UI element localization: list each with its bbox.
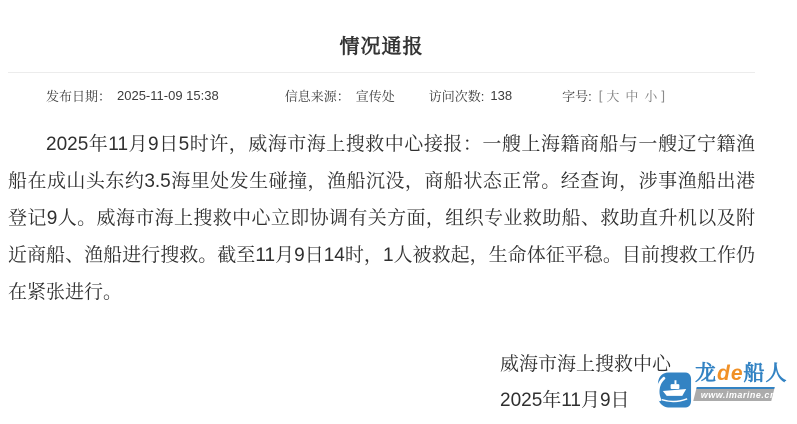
page-title: 情况通报 [8, 0, 755, 59]
brand-part-de: de [717, 362, 744, 385]
info-source-value: 宣传处 [356, 86, 395, 105]
info-source-label: 信息来源： [285, 86, 350, 105]
font-size-bracket-open: [ [599, 88, 603, 103]
watermark-url-banner: www.imarine.cn [693, 387, 774, 401]
info-source: 信息来源： 宣传处 [285, 86, 395, 105]
brand-part-long: 龙 [695, 362, 717, 385]
notice-page: 情况通报 发布日期： 2025-11-09 15:38 信息来源： 宣传处 访问… [0, 0, 797, 424]
font-size-large-button[interactable]: 大 [606, 86, 619, 105]
publish-date: 发布日期： 2025-11-09 15:38 [46, 86, 219, 105]
font-size-medium-button[interactable]: 中 [625, 86, 638, 105]
meta-bar: 发布日期： 2025-11-09 15:38 信息来源： 宣传处 访问次数: 1… [8, 86, 755, 105]
publish-date-label: 发布日期： [46, 86, 111, 105]
watermark-brand: 龙de船人 [695, 362, 788, 386]
font-size-control: 字号: [ 大 中 小 ] [562, 86, 666, 105]
watermark-text-block: 龙de船人 www.imarine.cn [695, 362, 788, 401]
font-size-label: 字号: [562, 86, 592, 105]
font-size-small-button[interactable]: 小 [644, 86, 657, 105]
brand-part-chuanren: 船人 [744, 362, 788, 385]
font-size-bracket-close: ] [661, 88, 665, 103]
visit-count-label: 访问次数: [429, 86, 485, 105]
site-watermark: 龙de船人 www.imarine.cn [656, 362, 788, 410]
notice-paragraph: 2025年11月9日5时许，威海市海上搜救中心接报：一艘上海籍商船与一艘辽宁籍渔… [8, 126, 755, 311]
visit-count-value: 138 [490, 88, 512, 103]
watermark-url: www.imarine.cn [701, 390, 769, 400]
title-divider [8, 72, 755, 73]
visit-count: 访问次数: 138 [429, 86, 512, 105]
ship-logo-icon [656, 370, 693, 410]
notice-content: 情况通报 发布日期： 2025-11-09 15:38 信息来源： 宣传处 访问… [0, 0, 797, 419]
publish-date-value: 2025-11-09 15:38 [117, 88, 219, 103]
